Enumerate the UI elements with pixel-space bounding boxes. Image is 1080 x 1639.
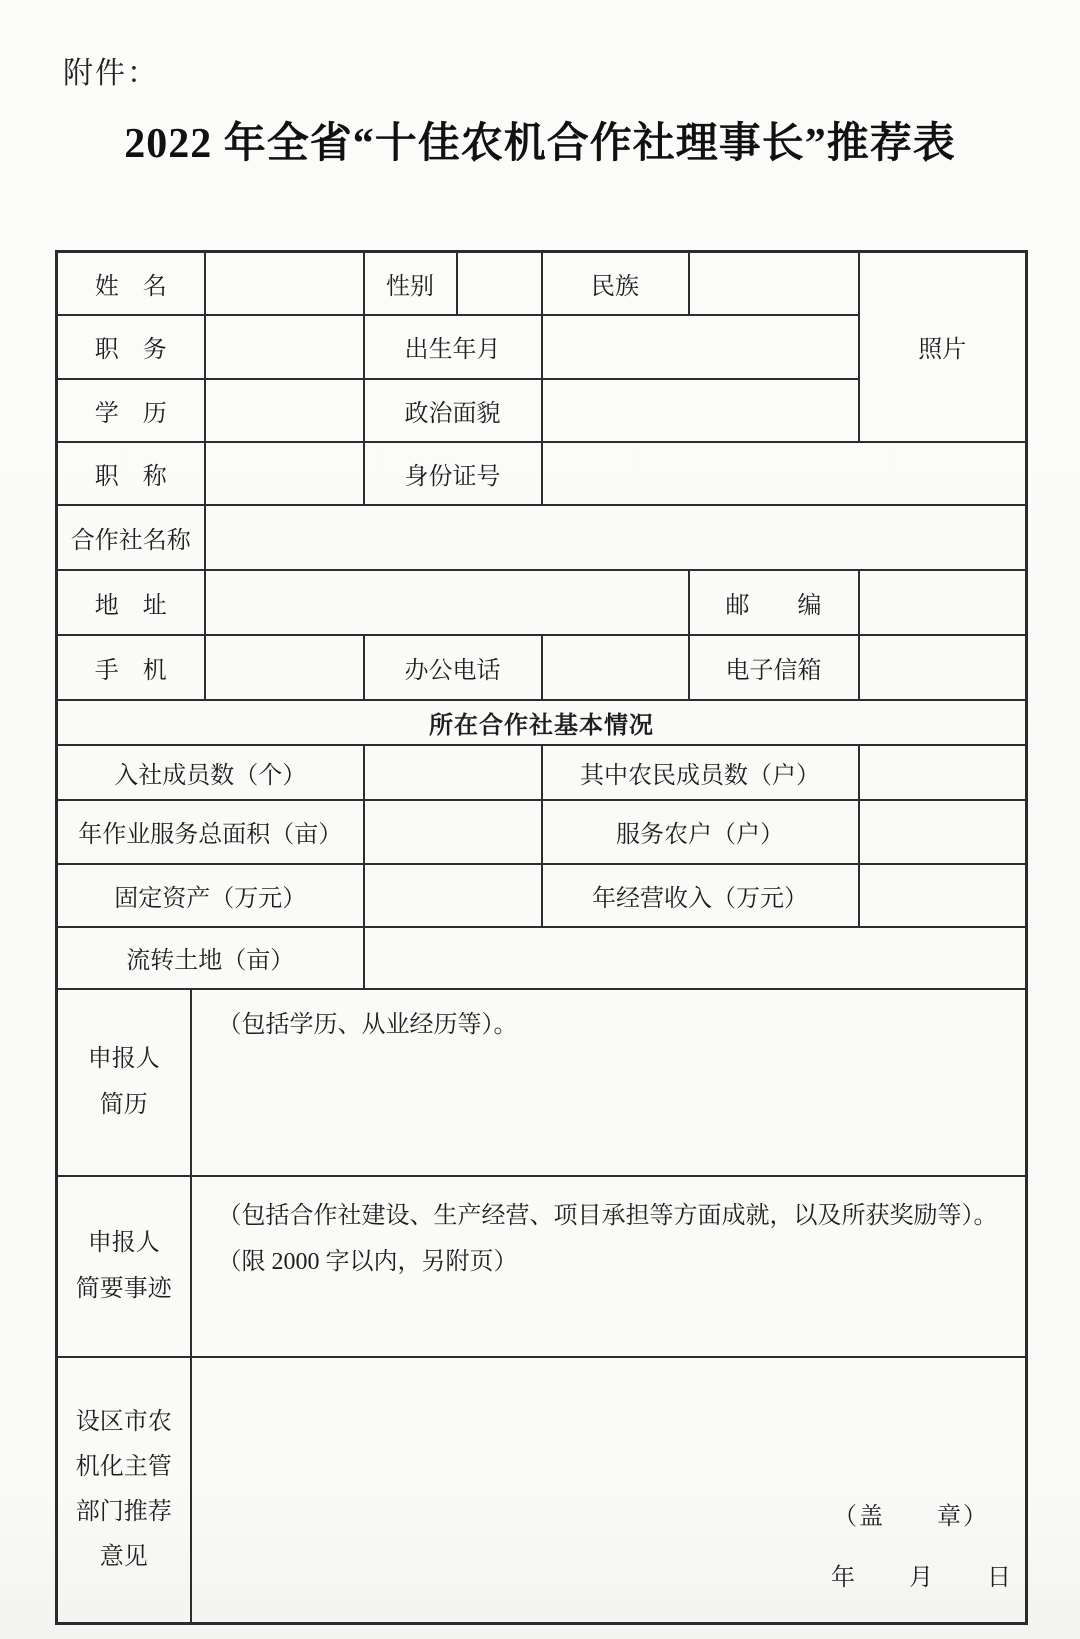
row-resume: 申报人 简历 （包括学历、从业经历等）。: [57, 989, 1027, 1176]
ethnicity-label-cell: 民族: [542, 252, 689, 315]
education-value-cell: [205, 379, 364, 442]
office-phone-value-cell: [542, 635, 689, 700]
members-value-cell: [364, 745, 542, 800]
id-number-value-cell: [542, 442, 1027, 505]
served-households-label-cell: 服务农户（户）: [542, 800, 859, 864]
photo-cell: 照片: [859, 252, 1027, 442]
address-label-cell: 地 址: [57, 570, 205, 635]
form-title: 2022 年全省“十佳农机合作社理事长”推荐表: [0, 110, 1080, 170]
deeds-content-cell: （包括合作社建设、生产经营、项目承担等方面成就，以及所获奖励等）。 （限 200…: [191, 1176, 1027, 1357]
deeds-hint-line1: （包括合作社建设、生产经营、项目承担等方面成就，以及所获奖励等）。: [218, 1193, 1006, 1239]
opinion-content-cell: （盖 章） 年 月 日: [191, 1357, 1027, 1624]
coop-name-value-cell: [205, 505, 1027, 570]
row-service-area: 年作业服务总面积（亩） 服务农户（户）: [57, 800, 1027, 864]
deeds-hint-line2: （限 2000 字以内，另附页）: [218, 1239, 1006, 1285]
name-value-cell: [205, 252, 364, 315]
email-label-cell: 电子信箱: [689, 635, 859, 700]
name-label-cell: 姓 名: [57, 252, 205, 315]
annual-revenue-value-cell: [859, 864, 1027, 927]
coop-section-header: 所在合作社基本情况: [57, 700, 1027, 745]
resume-label-line1: 申报人: [58, 1036, 190, 1082]
annual-revenue-label-cell: 年经营收入（万元）: [542, 864, 859, 927]
farmer-members-label-cell: 其中农民成员数（户）: [542, 745, 859, 800]
address-value-cell: [205, 570, 689, 635]
row-name-gender-ethnicity: 姓 名 性别 民族 照片: [57, 252, 1027, 315]
position-value-cell: [205, 315, 364, 379]
deeds-label-line2: 简要事迹: [58, 1266, 190, 1312]
birth-date-label-cell: 出生年月: [364, 315, 542, 379]
row-address-postcode: 地 址 邮 编: [57, 570, 1027, 635]
political-status-value-cell: [542, 379, 859, 442]
row-members: 入社成员数（个） 其中农民成员数（户）: [57, 745, 1027, 800]
resume-content-cell: （包括学历、从业经历等）。: [191, 989, 1027, 1176]
resume-hint: （包括学历、从业经历等）。: [218, 1002, 1006, 1048]
served-households-value-cell: [859, 800, 1027, 864]
farmer-members-value-cell: [859, 745, 1027, 800]
position-label-cell: 职 务: [57, 315, 205, 379]
gender-value-cell: [457, 252, 542, 315]
row-coop-name: 合作社名称: [57, 505, 1027, 570]
row-assets-revenue: 固定资产（万元） 年经营收入（万元）: [57, 864, 1027, 927]
job-title-value-cell: [205, 442, 364, 505]
opinion-label-cell: 设区市农 机化主管 部门推荐 意见: [57, 1357, 191, 1624]
service-area-label-cell: 年作业服务总面积（亩）: [57, 800, 364, 864]
deeds-label-line1: 申报人: [58, 1220, 190, 1266]
political-status-label-cell: 政治面貌: [364, 379, 542, 442]
postal-code-label-cell: 邮 编: [689, 570, 859, 635]
email-value-cell: [859, 635, 1027, 700]
resume-label-line2: 简历: [58, 1082, 190, 1128]
fixed-assets-value-cell: [364, 864, 542, 927]
opinion-label-line1: 设区市农: [58, 1400, 190, 1445]
fixed-assets-label-cell: 固定资产（万元）: [57, 864, 364, 927]
resume-label-cell: 申报人 简历: [57, 989, 191, 1176]
row-deeds: 申报人 简要事迹 （包括合作社建设、生产经营、项目承担等方面成就，以及所获奖励等…: [57, 1176, 1027, 1357]
opinion-label-line4: 意见: [58, 1535, 190, 1580]
service-area-value-cell: [364, 800, 542, 864]
members-label-cell: 入社成员数（个）: [57, 745, 364, 800]
office-phone-label-cell: 办公电话: [364, 635, 542, 700]
attachment-label: 附件：: [63, 48, 159, 92]
birth-date-value-cell: [542, 315, 859, 379]
row-jobtitle-id: 职 称 身份证号: [57, 442, 1027, 505]
row-phones-email: 手 机 办公电话 电子信箱: [57, 635, 1027, 700]
transferred-land-label-cell: 流转土地（亩）: [57, 927, 364, 989]
row-section-header: 所在合作社基本情况: [57, 700, 1027, 745]
mobile-label-cell: 手 机: [57, 635, 205, 700]
row-recommendation-opinion: 设区市农 机化主管 部门推荐 意见 （盖 章） 年 月 日: [57, 1357, 1027, 1624]
ethnicity-value-cell: [689, 252, 859, 315]
gender-label-cell: 性别: [364, 252, 457, 315]
deeds-label-cell: 申报人 简要事迹: [57, 1176, 191, 1357]
job-title-label-cell: 职 称: [57, 442, 205, 505]
transferred-land-value-cell: [364, 927, 1027, 989]
scanned-page-background: 附件： 2022 年全省“十佳农机合作社理事长”推荐表 姓 名 性别 民族 照片…: [0, 0, 1080, 1639]
opinion-label-line2: 机化主管: [58, 1445, 190, 1490]
opinion-label-line3: 部门推荐: [58, 1490, 190, 1535]
date-label: 年 月 日: [192, 1557, 1014, 1592]
postal-code-value-cell: [859, 570, 1027, 635]
row-transferred-land: 流转土地（亩）: [57, 927, 1027, 989]
seal-label: （盖 章）: [192, 1496, 1014, 1531]
education-label-cell: 学 历: [57, 379, 205, 442]
mobile-value-cell: [205, 635, 364, 700]
id-number-label-cell: 身份证号: [364, 442, 542, 505]
coop-name-label-cell: 合作社名称: [57, 505, 205, 570]
recommendation-form-table: 姓 名 性别 民族 照片 职 务 出生年月 学 历 政治面貌 职 称 身份证号: [55, 250, 1028, 1625]
